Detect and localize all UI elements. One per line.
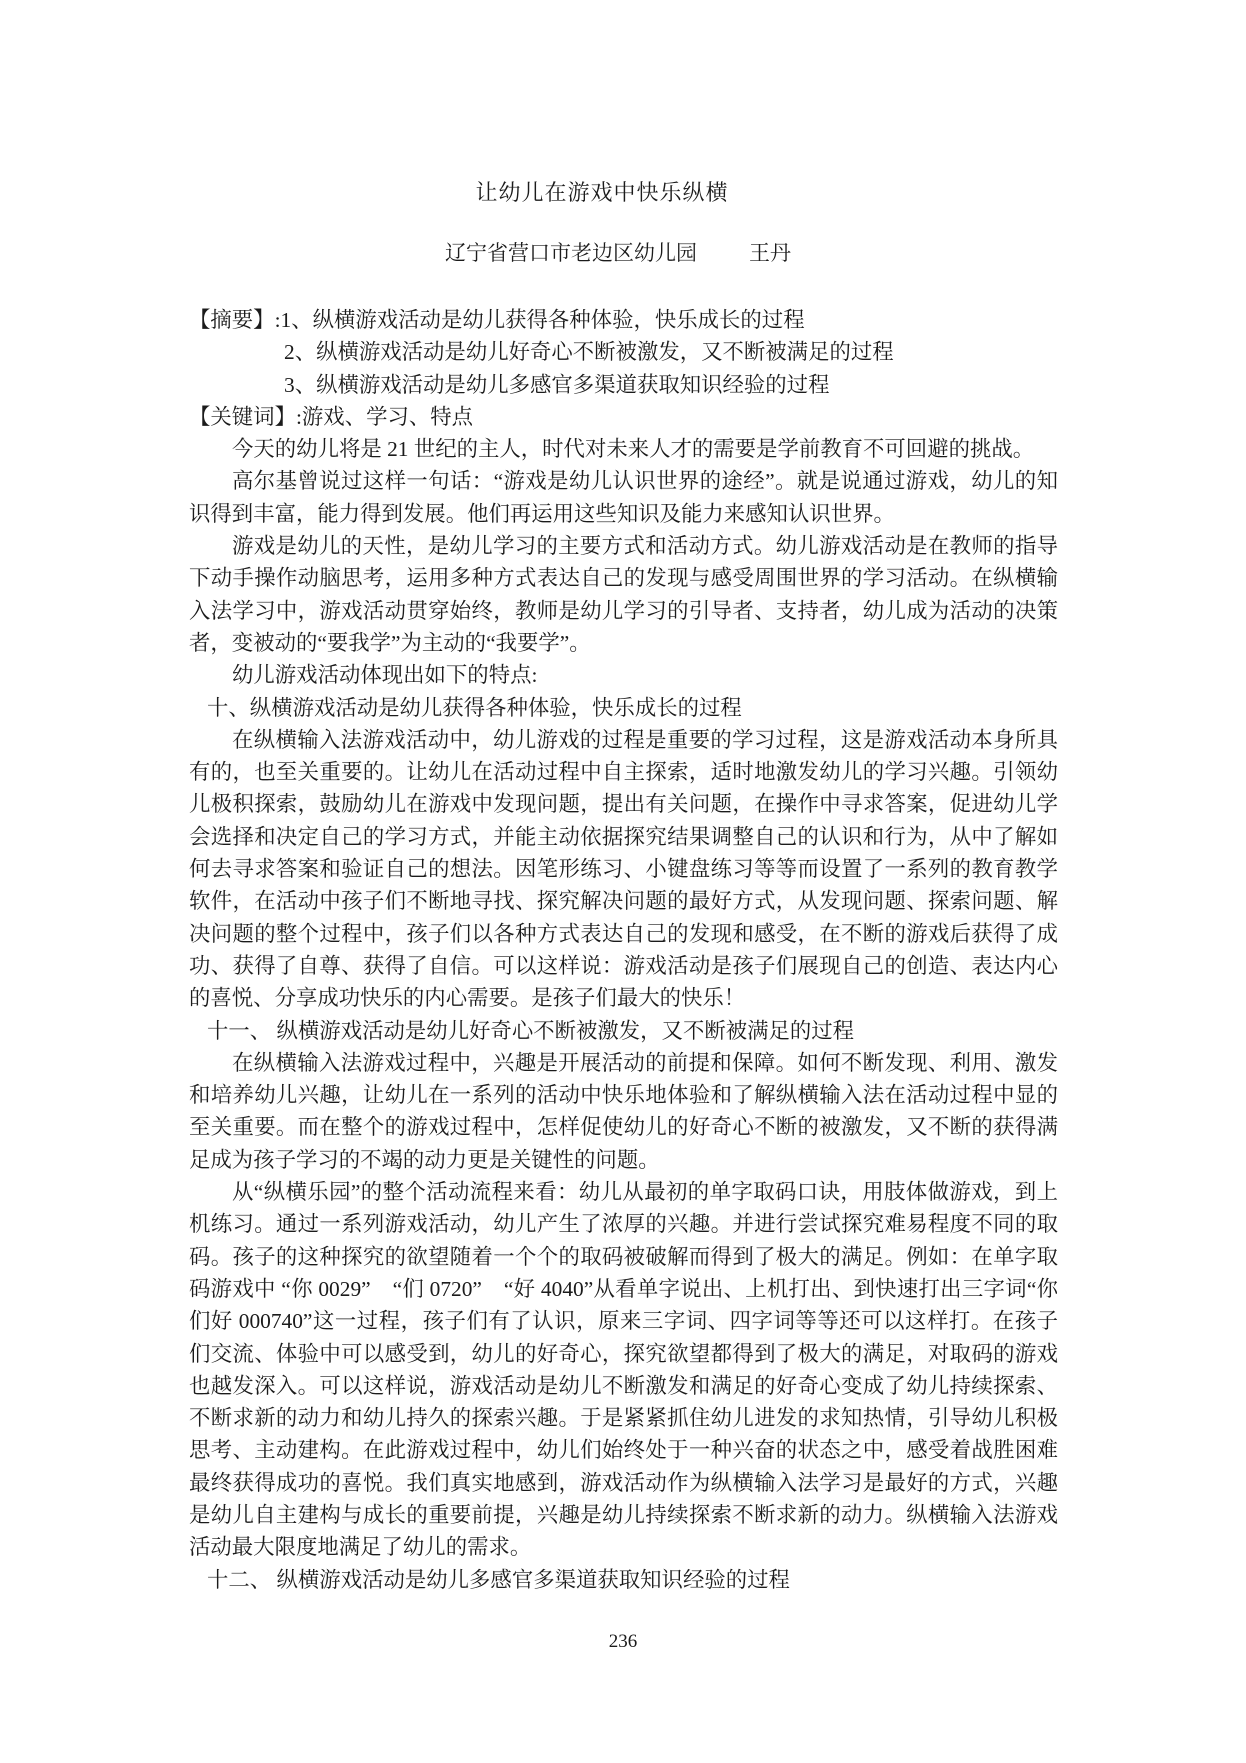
abstract-item: 2、纵横游戏活动是幼儿好奇心不断被激发，又不断被满足的过程 [189,336,1058,368]
paragraph: 在纵横输入法游戏过程中，兴趣是开展活动的前提和保障。如何不断发现、利用、激发和培… [189,1047,1058,1176]
abstract: 【摘要】:1、纵横游戏活动是幼儿获得各种体验，快乐成长的过程 2、纵横游戏活动是… [189,304,1058,401]
paragraph: 高尔基曾说过这样一句话：“游戏是幼儿认识世界的途经”。就是说通过游戏，幼儿的知识… [189,465,1058,530]
keywords: 【关键词】:游戏、学习、特点 [189,401,1058,433]
abstract-item: 3、纵横游戏活动是幼儿多感官多渠道获取知识经验的过程 [189,369,1058,401]
paragraph: 从“纵横乐园”的整个活动流程来看：幼儿从最初的单字取码口诀，用肢体做游戏，到上机… [189,1176,1058,1564]
abstract-label: 【摘要】: [189,308,281,332]
author-affiliation: 辽宁省营口市老边区幼儿园 [445,241,697,265]
paragraph: 今天的幼儿将是 21 世纪的主人，时代对未来人才的需要是学前教育不可回避的挑战。 [189,433,1058,465]
article-content: 【摘要】:1、纵横游戏活动是幼儿获得各种体验，快乐成长的过程 2、纵横游戏活动是… [189,304,1058,1596]
paragraph: 在纵横输入法游戏活动中，幼儿游戏的过程是重要的学习过程，这是游戏活动本身所具有的… [189,724,1058,1015]
author-name: 王丹 [749,241,791,265]
keywords-text: 游戏、学习、特点 [302,405,473,429]
abstract-item: 1、纵横游戏活动是幼儿获得各种体验，快乐成长的过程 [281,308,805,332]
paragraph: 幼儿游戏活动体现出如下的特点: [189,659,1058,691]
page-title: 让幼儿在游戏中快乐纵横 [0,179,1204,207]
section-heading: 十、纵横游戏活动是幼儿获得各种体验，快乐成长的过程 [189,692,1058,724]
author-line: 辽宁省营口市老边区幼儿园王丹 [0,239,1236,267]
paragraph: 游戏是幼儿的天性，是幼儿学习的主要方式和活动方式。幼儿游戏活动是在教师的指导下动… [189,530,1058,659]
document-page: 让幼儿在游戏中快乐纵横 辽宁省营口市老边区幼儿园王丹 【摘要】:1、纵横游戏活动… [0,0,1246,1763]
keywords-label: 【关键词】: [189,405,302,429]
section-heading: 十一、 纵横游戏活动是幼儿好奇心不断被激发，又不断被满足的过程 [189,1015,1058,1047]
section-heading: 十二、 纵横游戏活动是幼儿多感官多渠道获取知识经验的过程 [189,1564,1058,1596]
page-number: 236 [0,1630,1246,1654]
